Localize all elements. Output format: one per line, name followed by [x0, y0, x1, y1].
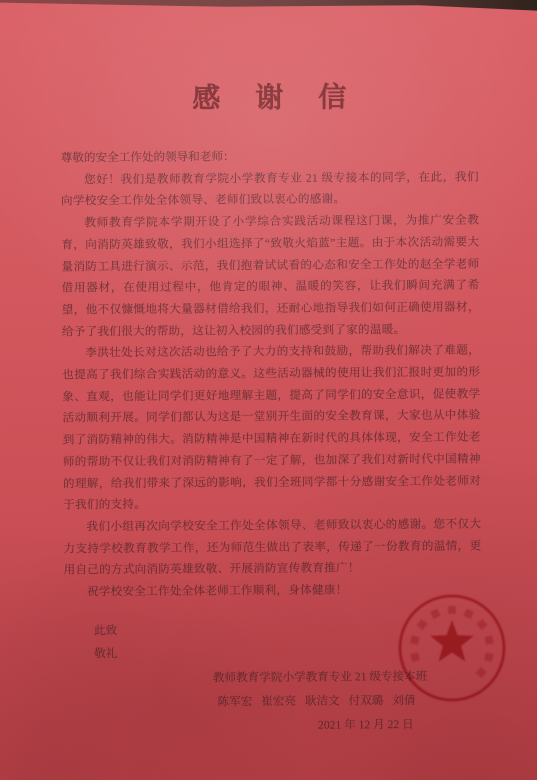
letter-paragraph-4: 我们小组再次向学校安全工作处全体领导、老师致以衷心的感谢。您不仅大力支持学校教育… — [63, 513, 481, 581]
seal-graphic — [394, 590, 510, 706]
letter-paragraph-1: 您好！我们是教师教育学院小学教育专业 21 级专接本的同学，在此，我们向学校安全… — [61, 166, 479, 212]
letter-photo: 感谢信 尊敬的安全工作处的领导和老师： 您好！我们是教师教育学院小学教育专业 2… — [0, 0, 537, 780]
signature-class-line: 教师教育学院小学教育专业 21 级专接本班 — [64, 665, 427, 692]
letter-title-text: 感谢信 — [192, 82, 381, 114]
paper-sheet: 感谢信 尊敬的安全工作处的领导和老师： 您好！我们是教师教育学院小学教育专业 2… — [0, 0, 537, 780]
photo-background-edge — [0, 0, 537, 13]
star-icon — [430, 620, 474, 662]
salutation: 尊敬的安全工作处的领导和老师： — [61, 145, 479, 170]
signature-names-line: 陈军宏 崔宏亮 耿洁文 付双璐 刘倩 — [64, 689, 415, 715]
signature-date-line: 2021 年 12 月 22 日 — [65, 713, 414, 739]
letter-title: 感谢信 — [60, 75, 478, 118]
school-seal — [394, 590, 510, 706]
letter-paragraph-3: 李洪壮处长对这次活动也给予了大力的支持和鼓励，帮助我们解决了难题，也提高了我们综… — [62, 340, 481, 517]
letter-paragraph-2: 教师教育学院本学期开设了小学综合实践活动课程这门课，为推广安全教育，向消防英雄致… — [61, 210, 480, 343]
